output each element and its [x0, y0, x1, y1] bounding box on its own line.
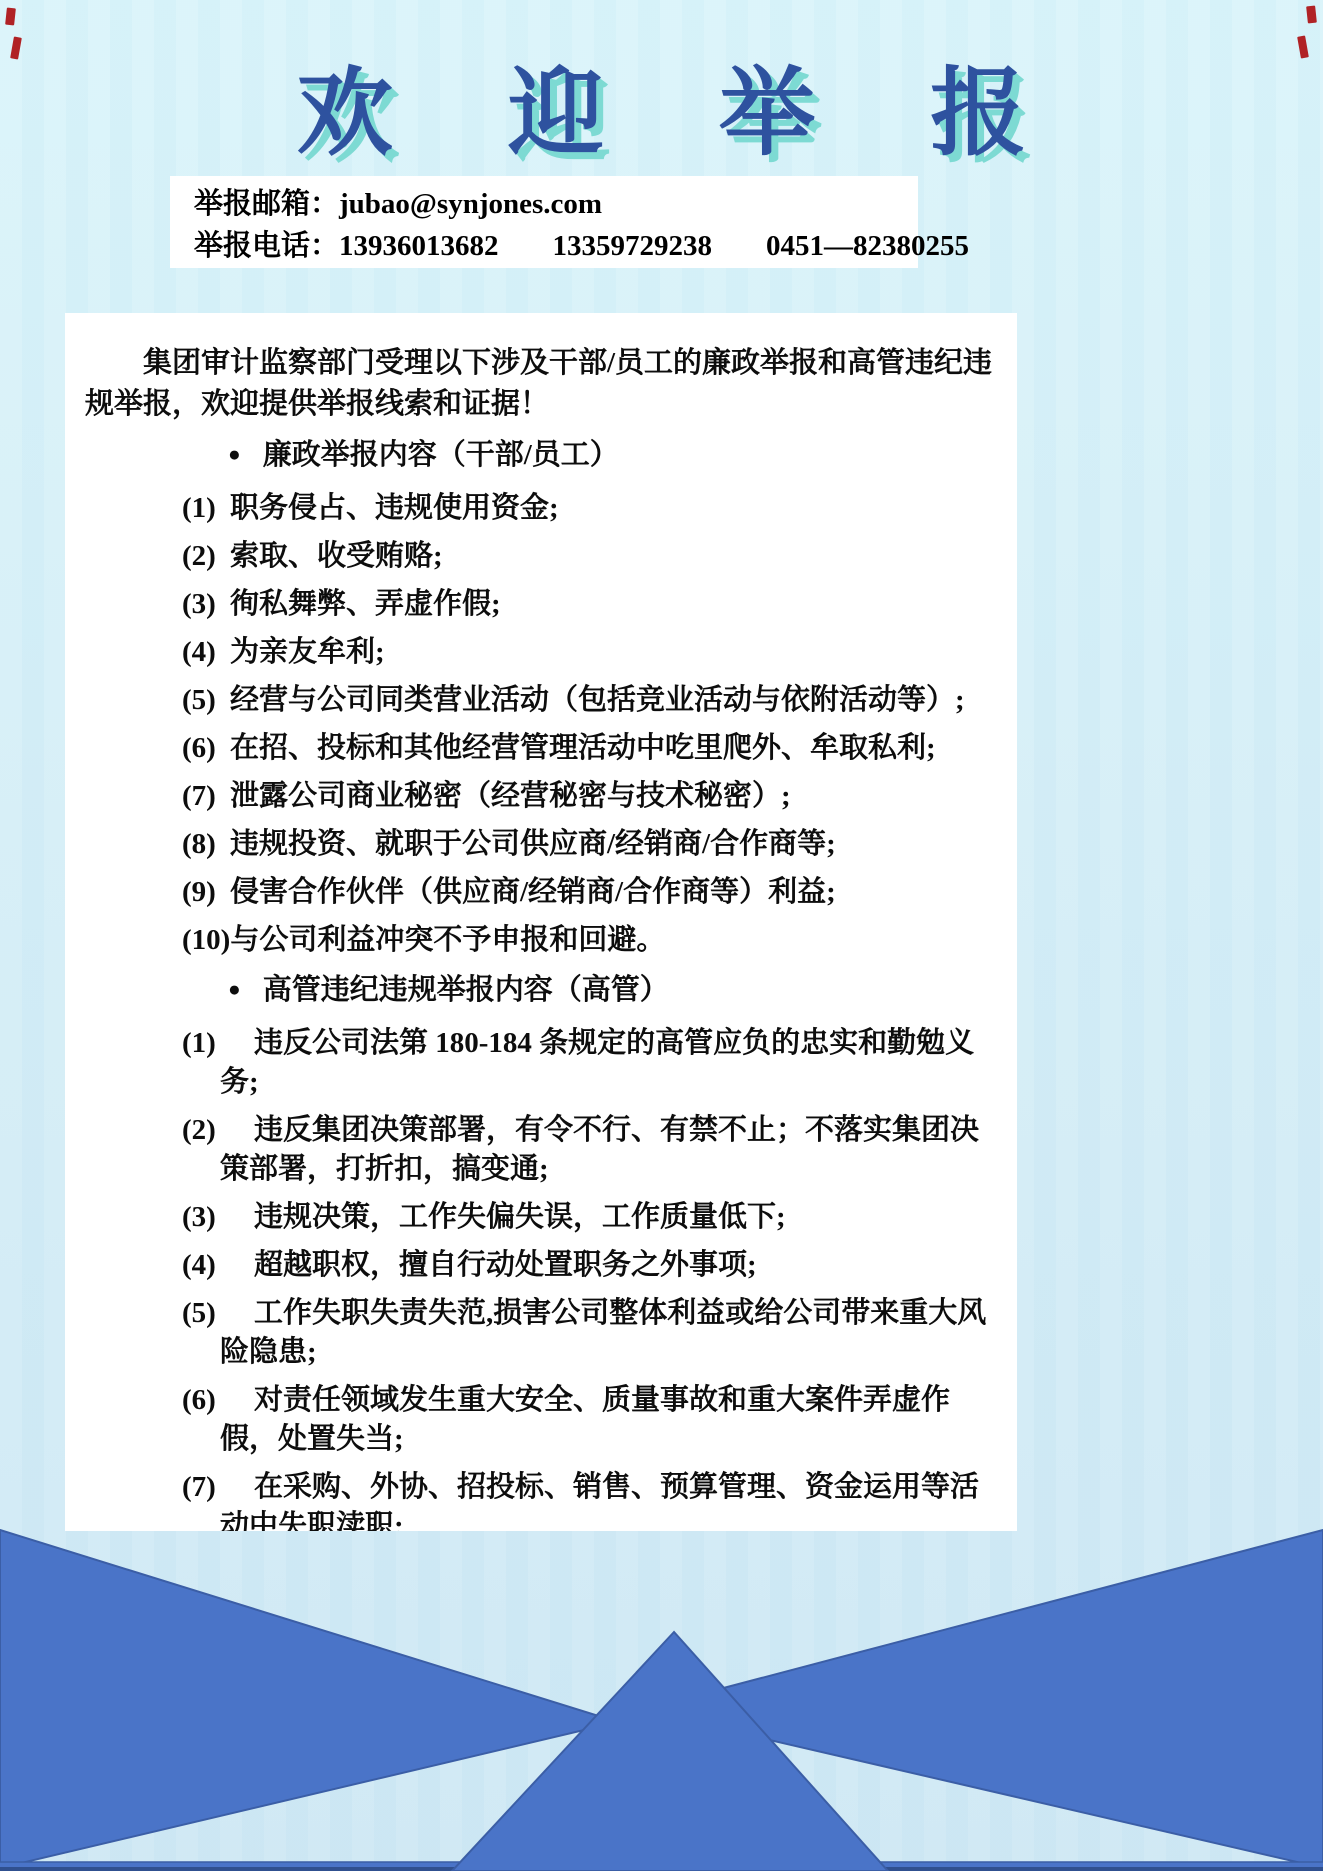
list-item: (4)为亲友牟利;	[182, 633, 993, 672]
list-item: (8)违规投资、就职于公司供应商/经销商/合作商等;	[182, 825, 993, 864]
contact-email-row: 举报邮箱：jubao@synjones.com	[194, 183, 918, 225]
bullet-dot-icon: ●	[228, 434, 241, 474]
list-item-number: (4)	[182, 633, 230, 672]
list-item: (7)泄露公司商业秘密（经营秘密与技术秘密）;	[182, 777, 993, 816]
bullet-dot-icon: ●	[228, 969, 241, 1009]
poster-page: 欢迎举报 举报邮箱：jubao@synjones.com 举报电话：139360…	[0, 0, 1323, 1871]
list-item-number: (3)	[182, 1198, 254, 1237]
section-heading: ●高管违纪违规举报内容（高管）	[228, 970, 993, 1012]
list-item-number: (2)	[182, 1111, 254, 1150]
list-item-number: (6)	[182, 1381, 254, 1420]
section-heading: ●廉政举报内容（干部/员工）	[228, 435, 993, 477]
contact-phone-row: 举报电话：13936013682133597292380451—82380255	[194, 225, 918, 267]
page-title: 欢迎举报	[0, 58, 1323, 168]
list-item-number: (4)	[182, 1246, 254, 1285]
list-item: (2)违反集团决策部署，有令不行、有禁不止；不落实集团决策部署，打折扣，搞变通;	[182, 1111, 993, 1189]
content-box: 集团审计监察部门受理以下涉及干部/员工的廉政举报和高管违纪违规举报，欢迎提供举报…	[65, 313, 1017, 1531]
sections: ●廉政举报内容（干部/员工）(1)职务侵占、违规使用资金;(2)索取、收受贿赂;…	[85, 435, 993, 1531]
email-label: 举报邮箱：	[194, 188, 339, 220]
red-corner-mark	[1297, 35, 1309, 58]
red-corner-mark	[10, 36, 22, 59]
phone-number: 0451—82380255	[766, 230, 969, 262]
red-corner-mark	[5, 8, 16, 26]
list-item: (6)对责任领域发生重大安全、质量事故和重大案件弄虚作假，处置失当;	[182, 1381, 993, 1459]
list-item: (5)经营与公司同类营业活动（包括竞业活动与依附活动等）;	[182, 681, 993, 720]
envelope-graphic	[0, 1490, 1323, 1871]
red-corner-mark	[1306, 6, 1317, 24]
list-item: (4)超越职权，擅自行动处置职务之外事项;	[182, 1246, 993, 1285]
intro-paragraph: 集团审计监察部门受理以下涉及干部/员工的廉政举报和高管违纪违规举报，欢迎提供举报…	[85, 343, 993, 425]
phone-number: 13936013682	[339, 230, 499, 262]
list-item: (3)徇私舞弊、弄虚作假;	[182, 585, 993, 624]
section-heading-text: 高管违纪违规举报内容（高管）	[263, 974, 669, 1006]
phone-number: 13359729238	[553, 230, 713, 262]
list-item-number: (8)	[182, 825, 230, 864]
list-item-number: (9)	[182, 873, 230, 912]
list-item: (5)工作失职失责失范,损害公司整体利益或给公司带来重大风险隐患;	[182, 1294, 993, 1372]
contact-box: 举报邮箱：jubao@synjones.com 举报电话：13936013682…	[170, 176, 918, 268]
list-item-number: (5)	[182, 681, 230, 720]
list-item: (2)索取、收受贿赂;	[182, 537, 993, 576]
list-item: (3)违规决策，工作失偏失误，工作质量低下;	[182, 1198, 993, 1237]
list-item: (1)职务侵占、违规使用资金;	[182, 489, 993, 528]
list-item-number: (2)	[182, 537, 230, 576]
list-item-number: (1)	[182, 1024, 254, 1063]
email-address: jubao@synjones.com	[339, 188, 602, 220]
section-heading-text: 廉政举报内容（干部/员工）	[263, 439, 619, 471]
list-item: (6)在招、投标和其他经营管理活动中吃里爬外、牟取私利;	[182, 729, 993, 768]
list-item-number: (5)	[182, 1294, 254, 1333]
list-item: (9)侵害合作伙伴（供应商/经销商/合作商等）利益;	[182, 873, 993, 912]
list-item-number: (1)	[182, 489, 230, 528]
phone-label: 举报电话：	[194, 230, 339, 262]
list-item-number: (10)	[182, 921, 230, 960]
list-item: (10)与公司利益冲突不予申报和回避。	[182, 921, 993, 960]
list-item: (1)违反公司法第 180-184 条规定的高管应负的忠实和勤勉义务;	[182, 1024, 993, 1102]
list-item-number: (3)	[182, 585, 230, 624]
list-item-number: (7)	[182, 777, 230, 816]
list-item-number: (6)	[182, 729, 230, 768]
